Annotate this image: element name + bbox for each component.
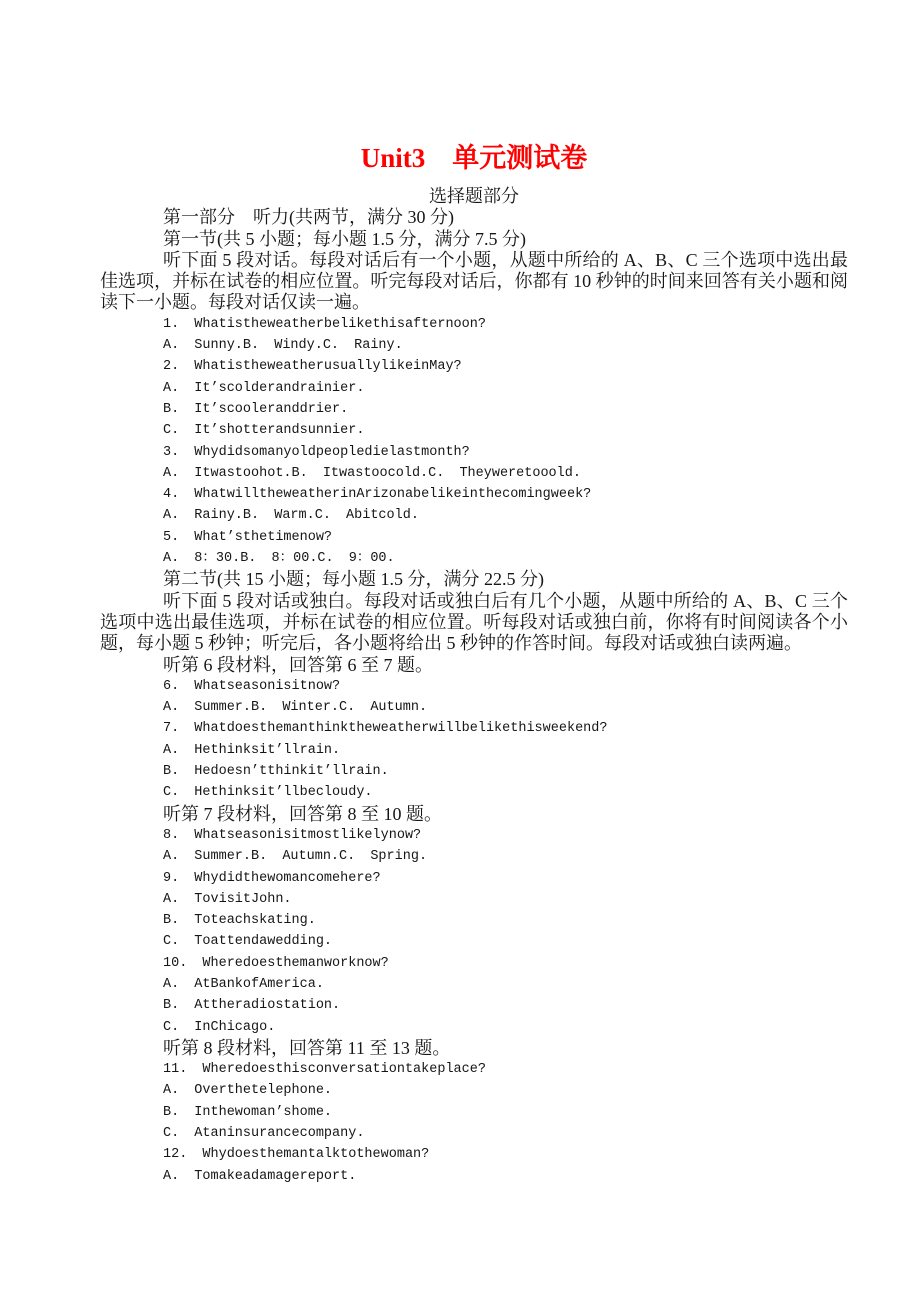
option-line: A. It’scolderandrainier.: [100, 378, 848, 399]
option-line: C. Hethinksit’llbecloudy.: [100, 782, 848, 803]
question-line: 1. Whatistheweatherbelikethisafternoon?: [100, 314, 848, 335]
section-heading: 第一节(共 5 小题；每小题 1.5 分，满分 7.5 分): [100, 229, 848, 250]
section-heading: 第一部分 听力(共两节，满分 30 分): [100, 207, 848, 228]
option-line: B. Inthewoman’shome.: [100, 1102, 848, 1123]
instructions-paragraph: 听下面 5 段对话。每段对话后有一个小题，从题中所给的 A、B、C 三个选项中选…: [100, 250, 848, 314]
material-direction: 听第 8 段材料，回答第 11 至 13 题。: [100, 1038, 848, 1059]
option-line: B. Toteachskating.: [100, 910, 848, 931]
question-line: 11. Wheredoesthisconversationtakeplace?: [100, 1059, 848, 1080]
question-line: 12. Whydoesthemantalktothewoman?: [100, 1144, 848, 1165]
material-direction: 听第 7 段材料，回答第 8 至 10 题。: [100, 804, 848, 825]
option-line: A. Overthetelephone.: [100, 1080, 848, 1101]
option-line: A. Hethinksit’llrain.: [100, 740, 848, 761]
question-line: 2. WhatistheweatherusuallylikeinMay?: [100, 356, 848, 377]
question-line: 6. Whatseasonisitnow?: [100, 676, 848, 697]
option-line: A. AtBankofAmerica.: [100, 974, 848, 995]
question-line: 4. WhatwilltheweatherinArizonabelikeinth…: [100, 484, 848, 505]
option-line: A. Tomakeadamagereport.: [100, 1166, 848, 1187]
question-line: 3. Whydidsomanyoldpeopledielastmonth?: [100, 442, 848, 463]
option-line: B. Attheradiostation.: [100, 995, 848, 1016]
option-line: A. TovisitJohn.: [100, 889, 848, 910]
question-line: 7. Whatdoesthemanthinktheweatherwillbeli…: [100, 718, 848, 739]
section-title: 选择题部分: [100, 186, 848, 207]
option-line: C. Toattendawedding.: [100, 931, 848, 952]
test-paper-page: Unit3 单元测试卷 选择题部分第一部分 听力(共两节，满分 30 分)第一节…: [100, 0, 848, 1187]
option-line: C. Ataninsurancecompany.: [100, 1123, 848, 1144]
document-lines: 选择题部分第一部分 听力(共两节，满分 30 分)第一节(共 5 小题；每小题 …: [100, 186, 848, 1187]
question-line: 8. Whatseasonisitmostlikelynow?: [100, 825, 848, 846]
option-line: A. Sunny.B. Windy.C. Rainy.: [100, 335, 848, 356]
question-line: 9. Whydidthewomancomehere?: [100, 868, 848, 889]
question-line: 10. Wheredoesthemanworknow?: [100, 953, 848, 974]
option-line: C. InChicago.: [100, 1017, 848, 1038]
question-line: 5. What’sthetimenow?: [100, 527, 848, 548]
material-direction: 听第 6 段材料，回答第 6 至 7 题。: [100, 655, 848, 676]
option-line: A. Itwastoohot.B. Itwastoocold.C. Theywe…: [100, 463, 848, 484]
page-title: Unit3 单元测试卷: [100, 142, 848, 174]
option-line: A. Summer.B. Autumn.C. Spring.: [100, 846, 848, 867]
instructions-paragraph: 听下面 5 段对话或独白。每段对话或独白后有几个小题，从题中所给的 A、B、C …: [100, 591, 848, 655]
option-line: A. Summer.B. Winter.C. Autumn.: [100, 697, 848, 718]
option-line: B. It’scooleranddrier.: [100, 399, 848, 420]
option-line: B. Hedoesn’tthinkit’llrain.: [100, 761, 848, 782]
section-heading: 第二节(共 15 小题；每小题 1.5 分，满分 22.5 分): [100, 569, 848, 590]
option-line: A. Rainy.B. Warm.C. Abitcold.: [100, 505, 848, 526]
option-line: C. It’shotterandsunnier.: [100, 420, 848, 441]
option-line: A. 8：30.B. 8：00.C. 9：00.: [100, 548, 848, 569]
